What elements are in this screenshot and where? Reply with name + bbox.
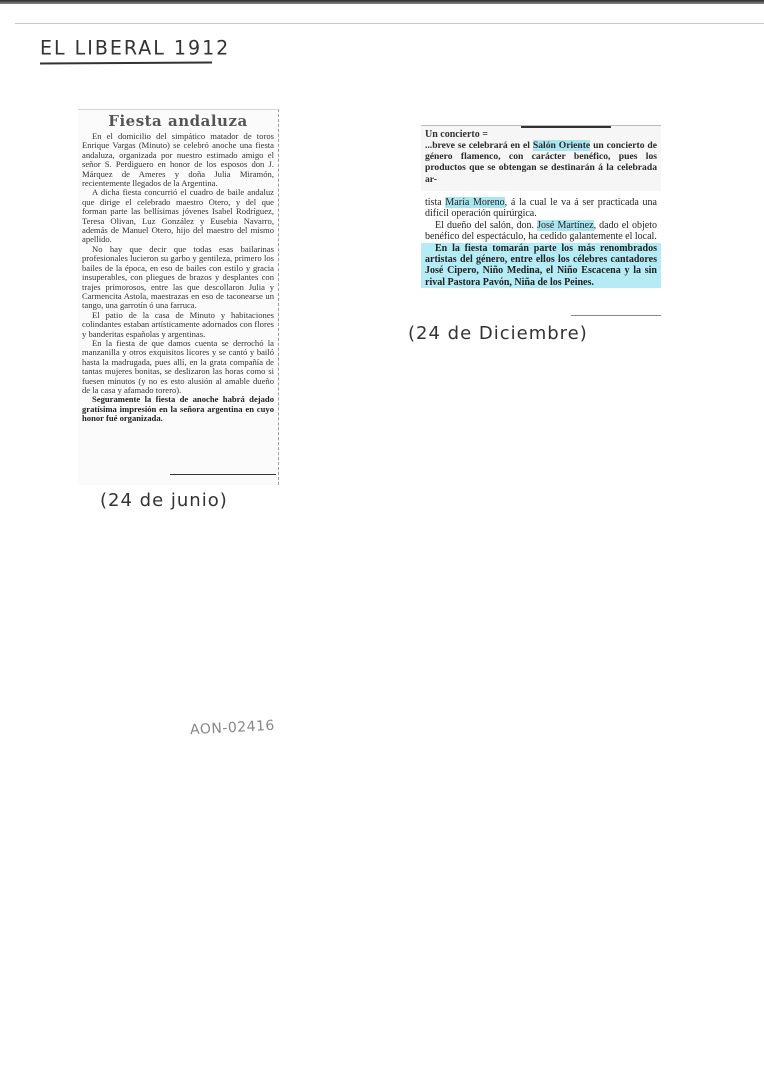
clipping-end-rule	[571, 315, 661, 316]
clipping-paragraph: En la fiesta de que damos cuenta se derr…	[82, 339, 274, 395]
clipping-end-rule	[170, 474, 276, 476]
highlighted-name: José Martínez	[537, 220, 593, 231]
newspaper-clipping-fiesta-andaluza: Fiesta andaluza En el domicilio del simp…	[78, 109, 279, 485]
clipping-paragraph: A dicha fiesta concurrió el cuadro de ba…	[82, 188, 274, 244]
clipping-paragraph: El patio de la casa de Minuto y habitaci…	[82, 311, 274, 339]
scan-top-edge	[0, 0, 764, 4]
clipping-paragraph: tista María Moreno, á la cual le va á se…	[425, 197, 657, 220]
newspaper-clipping-concierto: Un concierto = ...breve se celebrará en …	[421, 125, 661, 315]
clipping-top-fragment: Un concierto = ...breve se celebrará en …	[421, 125, 661, 191]
handwritten-date-june: (24 de junio)	[100, 490, 228, 511]
clipping-paragraph: En el domicilio del simpático matador de…	[82, 132, 274, 188]
archive-code: AON-02416	[190, 718, 276, 738]
clipping-text: tista	[425, 197, 445, 208]
clipping-text: El dueño del salón, don.	[435, 220, 537, 231]
highlighted-name: María Moreno	[445, 197, 504, 208]
clipping-closing: Seguramente la fiesta de anoche habrá de…	[82, 395, 274, 423]
clipping-top-rule	[521, 126, 611, 128]
clipping-paragraph: El dueño del salón, don. José Martínez, …	[425, 220, 657, 243]
clipping-paragraph: No hay que decir que todas esas bailarin…	[82, 245, 274, 311]
clipping-lead: Un concierto =	[425, 129, 657, 140]
clipping-top-text: ...breve se celebrará en el Salón Orient…	[425, 140, 657, 185]
handwritten-date-december: (24 de Diciembre)	[408, 323, 588, 344]
clipping-text: ...breve se celebrará en el	[425, 140, 533, 151]
clipping-body: En el domicilio del simpático matador de…	[78, 130, 278, 424]
header-underline	[40, 62, 212, 65]
clipping-headline: Fiesta andaluza	[78, 112, 278, 130]
highlighted-paragraph: En la fiesta tomarán parte los más renom…	[421, 243, 661, 289]
page-rule	[15, 23, 764, 24]
highlighted-name: Salón Oriente	[533, 140, 590, 151]
clipping-bottom-fragment: tista María Moreno, á la cual le va á se…	[421, 191, 661, 288]
handwritten-header-title: EL LIBERAL 1912	[40, 36, 230, 59]
